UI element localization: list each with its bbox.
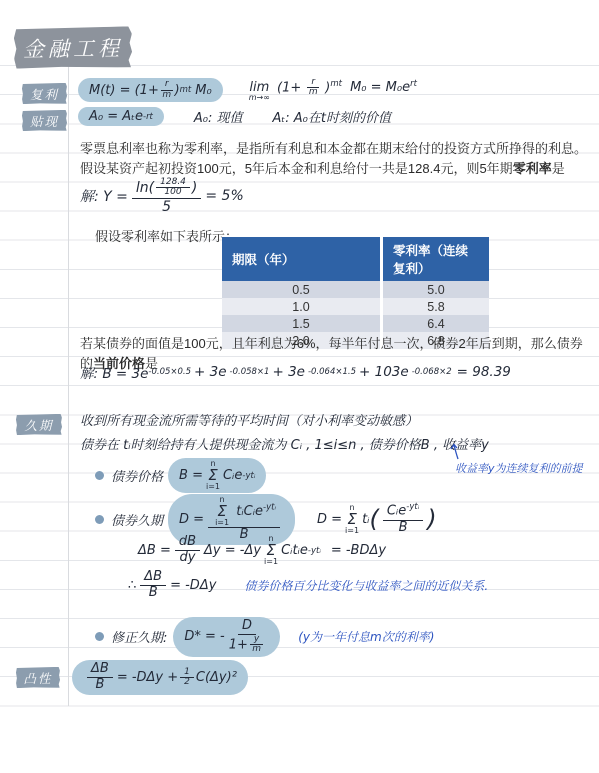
page-title-text: 金融工程 (23, 32, 123, 63)
delta-b-row: ΔB = dBdy Δy = -Δy nΣi=1 Cᵢtᵢe-ytᵢ = -BD… (138, 535, 386, 566)
table-row: 1.05.8 (222, 298, 489, 315)
summation: nΣi=1 (345, 504, 359, 535)
bond-solution: 解: B = 3e-0.05×0.5 + 3e-0.058×1 + 3e-0.0… (80, 362, 511, 382)
bond-duration-label: 债券久期 (111, 510, 163, 529)
discount-note-2: Aₜ: A₀在t时刻的价值 (273, 107, 391, 126)
discount-formula-highlight: A₀ = Aₜe-rt (78, 107, 164, 126)
fraction: ln(128.4100) 5 (132, 178, 201, 215)
cell-term: 1.5 (222, 315, 382, 332)
convexity-row: ΔBB = -DΔy + 12 C(Δy)² (72, 660, 248, 695)
table-row: 0.55.0 (222, 281, 489, 298)
modified-duration-row: 修正久期: D* = - D 1+ym (y为一年付息m次的利率) (95, 617, 434, 657)
price-yield-note: 债券价格百分比变化与收益率之间的近似关系. (244, 577, 488, 594)
limit: limm→∞ (249, 81, 270, 102)
section-label-convexity: 凸性 (16, 667, 60, 688)
duration-definition: 收到所有现金流所需等待的平均时间（对小利率变动敏感） (80, 410, 418, 429)
modified-duration-highlight: D* = - D 1+ym (173, 617, 280, 657)
bullet-icon (95, 515, 104, 524)
duration-setup: 债券在 tᵢ时刻给持有人提供现金流为 Cᵢ , 1≤i≤n , 债券价格B , … (80, 434, 489, 453)
label-text: 凸性 (23, 668, 52, 686)
fraction: rm (307, 78, 319, 98)
zero-rate-table: 期限（年） 零利率（连续复利） 0.55.0 1.05.8 1.56.4 2.0… (222, 237, 489, 349)
formula-part: A₀ = Aₜe (89, 109, 143, 124)
bullet-icon (95, 471, 104, 480)
fraction: Cᵢe-ytᵢ B (383, 503, 423, 535)
formula-part: = 5% (205, 188, 243, 204)
summation: nΣi=1 (215, 496, 229, 527)
convexity-formula-highlight: ΔBB = -DΔy + 12 C(Δy)² (72, 660, 248, 695)
compound-formula-highlight: M(t) = (1+ rm )mt M₀ (78, 78, 223, 102)
fraction: 12 (180, 668, 194, 688)
bond-price-row: 债券价格 B = nΣi=1 Cᵢe-ytᵢ (95, 458, 266, 493)
formula-part: 解: Y = (80, 186, 128, 206)
fraction: ΔBB (140, 570, 166, 601)
formula-part: M₀ (195, 83, 211, 98)
label-text: 复利 (30, 84, 59, 102)
yield-note: 收益率y为连续复利的前提 (455, 460, 583, 476)
page-title: 金融工程 (14, 26, 132, 68)
fraction: 128.4100 (156, 178, 190, 198)
table-intro: 假设零利率如下表所示： (95, 227, 238, 247)
formula-part: M(t) = (1+ (89, 83, 159, 98)
paragraph-text: 零票息利率也称为零利率，是指所有利息和本金都在期末给付的投资方式所挣得的利息。假… (80, 141, 587, 176)
summation: nΣi=1 (264, 535, 278, 566)
summation: nΣi=1 (206, 460, 220, 491)
cell-rate: 5.0 (382, 281, 490, 298)
therefore-row: ∴ ΔBB = -DΔy 债券价格百分比变化与收益率之间的近似关系. (128, 570, 488, 601)
arrow-up-icon (448, 443, 464, 460)
cell-rate: 5.8 (382, 298, 490, 315)
cell-term: 0.5 (222, 281, 382, 298)
margin-line (68, 64, 69, 706)
table-header-term: 期限（年） (222, 237, 382, 281)
section-label-discount: 贴现 (22, 110, 67, 131)
cell-term: 1.0 (222, 298, 382, 315)
fraction: rm (161, 80, 173, 100)
discount-formula-row: A₀ = Aₜe-rt A₀: 现值 Aₜ: A₀在t时刻的价值 (78, 107, 391, 126)
discount-note-1: A₀: 现值 (194, 107, 243, 126)
fraction: ym (250, 635, 263, 655)
zero-rate-solution: 解: Y = ln(128.4100) 5 = 5% (80, 178, 244, 215)
fraction: D 1+ym (229, 619, 266, 655)
notebook-page: 金融工程 复利 贴现 久期 凸性 M(t) = (1+ rm )mt M₀ li… (0, 0, 599, 773)
duration-alt-formula: D = (317, 512, 342, 527)
rate-note: (y为一年付息m次的利率) (298, 628, 434, 645)
bond-price-formula-highlight: B = nΣi=1 Cᵢe-ytᵢ (168, 458, 266, 493)
bond-price-label: 债券价格 (111, 466, 163, 485)
table-header-row: 期限（年） 零利率（连续复利） (222, 237, 489, 281)
zero-rate-paragraph: 零票息利率也称为零利率，是指所有利息和本金都在期末给付的投资方式所挣得的利息。假… (80, 139, 588, 178)
table-row: 1.56.4 (222, 315, 489, 332)
label-text: 久期 (24, 415, 53, 433)
modified-duration-label: 修正久期: (111, 627, 167, 646)
fraction: ΔBB (87, 662, 113, 693)
section-label-duration: 久期 (16, 414, 62, 435)
cell-rate: 6.4 (382, 315, 490, 332)
paragraph-bold: 零利率 (513, 161, 552, 176)
label-text: 贴现 (30, 111, 59, 129)
table-header-rate: 零利率（连续复利） (382, 237, 490, 281)
section-label-compound: 复利 (22, 83, 67, 104)
bullet-icon (95, 632, 104, 641)
compound-limit-formula: limm→∞ (1+ rm )mt M₀ = M₀ert (249, 78, 417, 102)
compound-formula-row: M(t) = (1+ rm )mt M₀ limm→∞ (1+ rm )mt M… (78, 78, 417, 102)
fraction: dBdy (175, 535, 200, 566)
